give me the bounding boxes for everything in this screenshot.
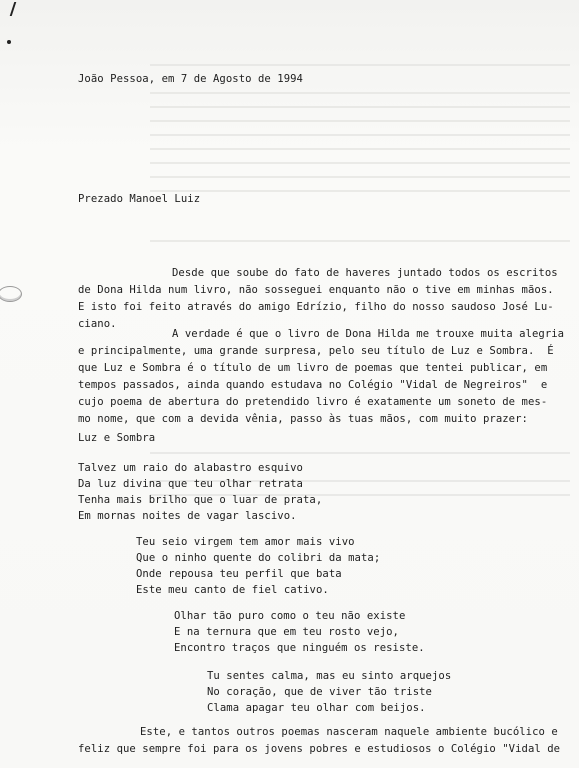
poem-line: Que o ninho quente do colibri da mata; xyxy=(136,552,380,565)
poem-line: Tu sentes calma, mas eu sinto arquejos xyxy=(207,670,451,683)
paragraph-line: tempos passados, ainda quando estudava n… xyxy=(78,379,547,392)
paragraph-line: ciano. xyxy=(78,318,117,331)
bleed-through xyxy=(150,148,570,150)
poem-line: Onde repousa teu perfil que bata xyxy=(136,568,342,581)
paragraph-line: mo nome, que com a devida vênia, passo à… xyxy=(78,413,528,426)
poem-line: No coração, que de viver tão triste xyxy=(207,686,432,699)
bleed-through xyxy=(150,240,570,242)
poem-line: Em mornas noites de vagar lascivo. xyxy=(78,510,297,523)
paragraph-line: cujo poema de abertura do pretendido liv… xyxy=(78,396,547,409)
bleed-through xyxy=(150,176,570,178)
poem-line: Tenha mais brilho que o luar de prata, xyxy=(78,494,322,507)
poem-line: E na ternura que em teu rosto vejo, xyxy=(174,626,399,639)
bleed-through xyxy=(150,120,570,122)
paragraph-line: que Luz e Sombra é o título de um livro … xyxy=(78,362,547,375)
poem-line: Teu seio virgem tem amor mais vivo xyxy=(136,536,355,549)
poem-line: Da luz divina que teu olhar retrata xyxy=(78,478,303,491)
poem-title: Luz e Sombra xyxy=(78,432,155,445)
poem-line: Clama apagar teu olhar com beijos. xyxy=(207,702,426,715)
salutation: Prezado Manoel Luiz xyxy=(78,193,200,206)
bleed-through xyxy=(150,162,570,164)
ink-dot xyxy=(7,40,11,44)
paragraph-line: de Dona Hilda num livro, não sosseguei e… xyxy=(78,284,554,297)
poem-line: Talvez um raio do alabastro esquivo xyxy=(78,462,303,475)
punch-hole xyxy=(0,286,22,302)
poem-line: Olhar tão puro como o teu não existe xyxy=(174,610,405,623)
paragraph-line: A verdade é que o livro de Dona Hilda me… xyxy=(172,328,564,341)
check-mark xyxy=(0,2,16,16)
date-line: João Pessoa, em 7 de Agosto de 1994 xyxy=(78,73,303,86)
poem-line: Este meu canto de fiel cativo. xyxy=(136,584,329,597)
bleed-through xyxy=(150,190,570,192)
paragraph-line: feliz que sempre foi para os jovens pobr… xyxy=(78,743,560,756)
paragraph-line: E isto foi feito através do amigo Edrízi… xyxy=(78,301,554,314)
poem-line: Encontro traços que ninguém os resiste. xyxy=(174,642,425,655)
paragraph-line: e principalmente, uma grande surpresa, p… xyxy=(78,345,554,358)
paragraph-line: Este, e tantos outros poemas nasceram na… xyxy=(140,726,558,739)
paragraph-line: Desde que soube do fato de haveres junta… xyxy=(172,267,558,280)
bleed-through xyxy=(150,64,570,66)
bleed-through xyxy=(150,134,570,136)
bleed-through xyxy=(150,92,570,94)
letter-page: João Pessoa, em 7 de Agosto de 1994 Prez… xyxy=(0,0,579,768)
bleed-through xyxy=(150,106,570,108)
bleed-through xyxy=(150,452,570,454)
